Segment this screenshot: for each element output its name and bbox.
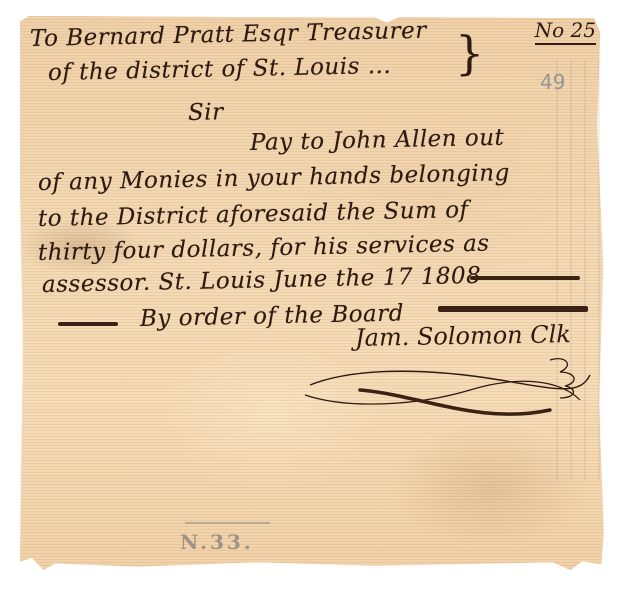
body-line-1: Pay to John Allen out — [250, 125, 505, 156]
salutation: Sir — [188, 99, 224, 126]
pencil-annotation-bottom: N.33. — [180, 530, 254, 554]
pencil-underline — [185, 522, 270, 524]
brace-flourish: } — [455, 30, 484, 76]
document-number: No 25 — [535, 18, 596, 45]
dash-after-board — [438, 306, 588, 312]
signature-flourish — [300, 355, 600, 435]
signature: Jam. Solomon Clk — [355, 320, 571, 352]
dash-after-date — [470, 276, 580, 280]
pencil-annotation-top: 49 — [540, 70, 565, 94]
dash-before-order — [58, 322, 118, 326]
